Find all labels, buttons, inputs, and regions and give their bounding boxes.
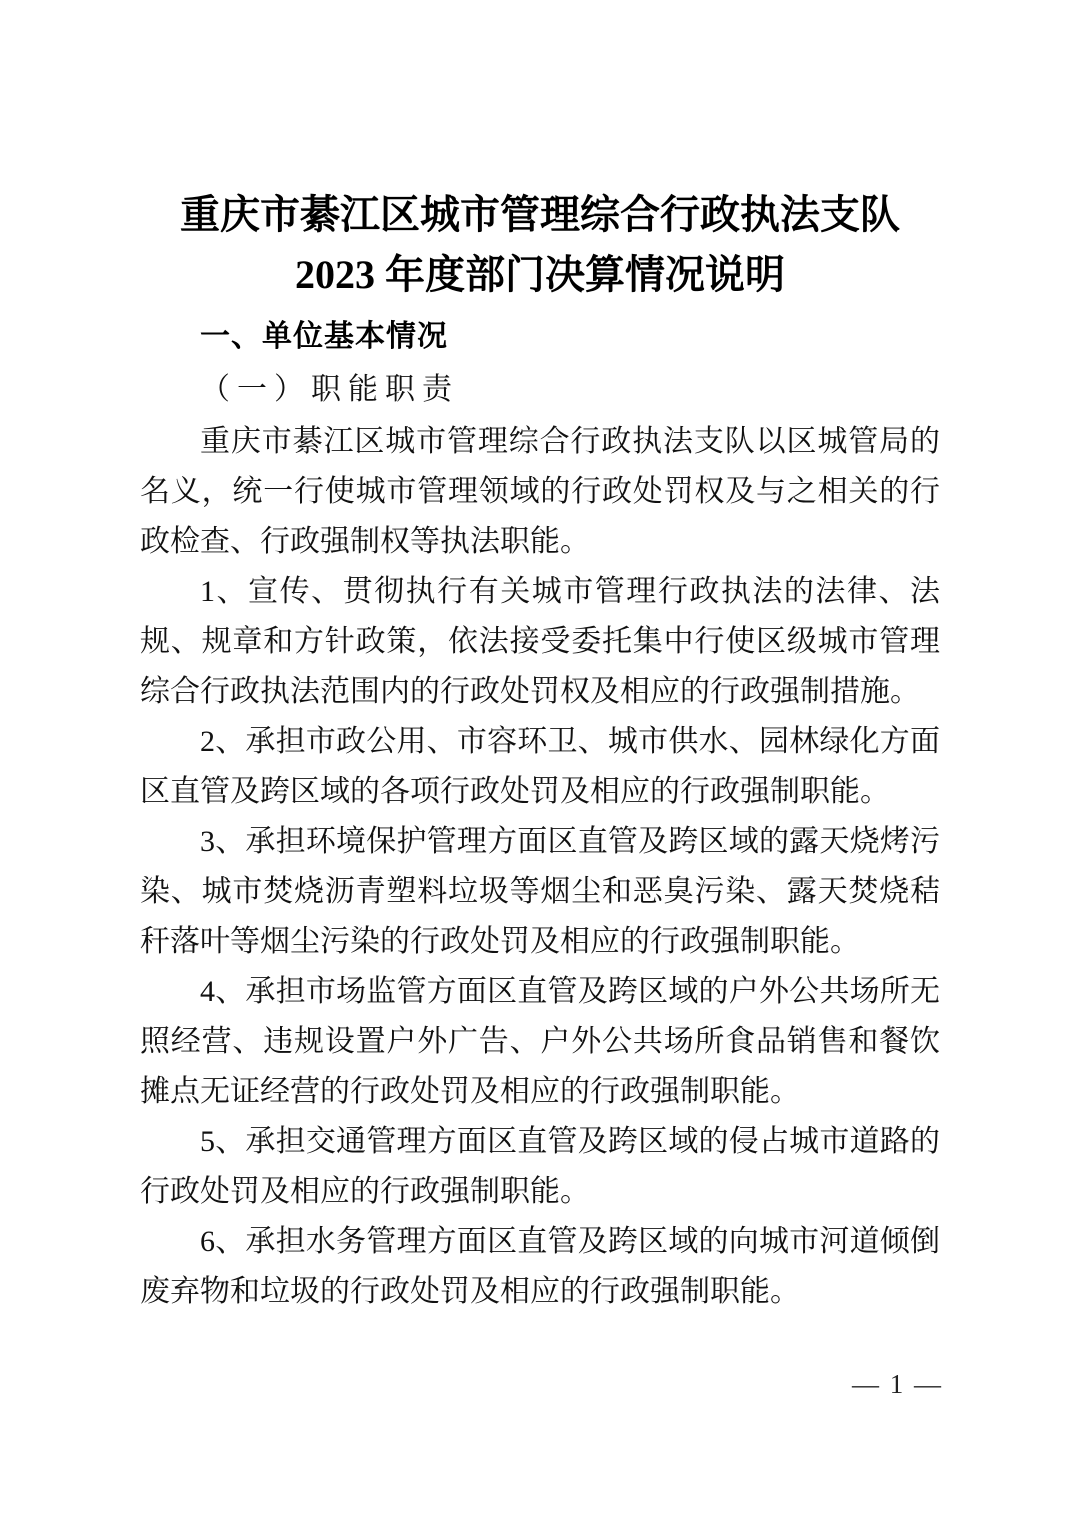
paragraph-item-5: 5、承担交通管理方面区直管及跨区域的侵占城市道路的行政处罚及相应的行政强制职能。 [140, 1117, 940, 1217]
document-page: 重庆市綦江区城市管理综合行政执法支队 2023 年度部门决算情况说明 一、单位基… [0, 0, 1074, 1520]
document-title-line1: 重庆市綦江区城市管理综合行政执法支队 [140, 185, 940, 245]
section-heading-basic-info: 一、单位基本情况 [140, 311, 940, 363]
paragraph-item-4: 4、承担市场监管方面区直管及跨区域的户外公共场所无照经营、违规设置户外广告、户外… [140, 967, 940, 1117]
page-number: — 1 — [852, 1368, 943, 1400]
paragraph-intro: 重庆市綦江区城市管理综合行政执法支队以区城管局的名义，统一行使城市管理领域的行政… [140, 417, 940, 567]
paragraph-item-6: 6、承担水务管理方面区直管及跨区域的向城市河道倾倒废弃物和垃圾的行政处罚及相应的… [140, 1217, 940, 1317]
document-content: 重庆市綦江区城市管理综合行政执法支队 2023 年度部门决算情况说明 一、单位基… [140, 185, 940, 1317]
paragraph-item-1: 1、宣传、贯彻执行有关城市管理行政执法的法律、法规、规章和方针政策，依法接受委托… [140, 567, 940, 717]
paragraph-item-2: 2、承担市政公用、市容环卫、城市供水、园林绿化方面区直管及跨区域的各项行政处罚及… [140, 717, 940, 817]
paragraph-item-3: 3、承担环境保护管理方面区直管及跨区域的露天烧烤污染、城市焚烧沥青塑料垃圾等烟尘… [140, 817, 940, 967]
document-title-line2: 2023 年度部门决算情况说明 [140, 245, 940, 305]
subsection-heading-duties: （一）职能职责 [140, 363, 940, 417]
